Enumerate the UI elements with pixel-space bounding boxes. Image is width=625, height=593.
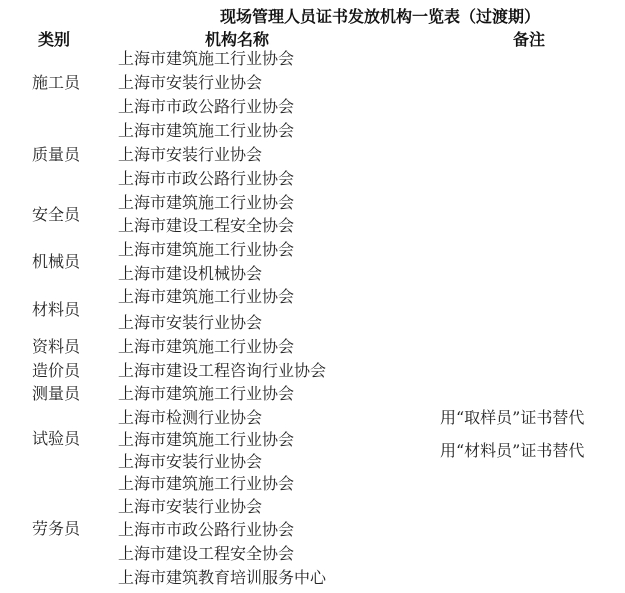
organization-name: 上海市建设机械协会 — [118, 264, 262, 284]
header-organization: 机构名称 — [205, 27, 269, 50]
category-label: 安全员 — [32, 205, 80, 225]
organization-name: 上海市建筑施工行业协会 — [118, 430, 294, 450]
category-label: 造价员 — [32, 361, 80, 381]
organization-name: 上海市建筑教育培训服务中心 — [118, 568, 326, 588]
category-label: 材料员 — [32, 300, 80, 320]
organization-name: 上海市建筑施工行业协会 — [118, 287, 294, 307]
category-label: 施工员 — [32, 73, 80, 93]
organization-name: 上海市市政公路行业协会 — [118, 97, 294, 117]
header-category: 类别 — [38, 27, 70, 50]
category-label: 劳务员 — [32, 519, 80, 539]
organization-name: 上海市市政公路行业协会 — [118, 520, 294, 540]
organization-name: 上海市建筑施工行业协会 — [118, 121, 294, 141]
category-label: 资料员 — [32, 337, 80, 357]
organization-name: 上海市建筑施工行业协会 — [118, 384, 294, 404]
organization-name: 上海市市政公路行业协会 — [118, 169, 294, 189]
organization-name: 上海市检测行业协会 — [118, 408, 262, 428]
organization-name: 上海市安装行业协会 — [118, 145, 262, 165]
category-label: 质量员 — [32, 145, 80, 165]
organization-name: 上海市建设工程安全协会 — [118, 544, 294, 564]
category-label: 试验员 — [32, 429, 80, 449]
page-title: 现场管理人员证书发放机构一览表（过渡期） — [220, 4, 540, 27]
organization-name: 上海市建筑施工行业协会 — [118, 193, 294, 213]
organization-name: 上海市建设工程安全协会 — [118, 216, 294, 236]
remark-text: 用“取样员”证书替代 — [440, 408, 584, 428]
organization-name: 上海市安装行业协会 — [118, 313, 262, 333]
remark-text: 用“材料员”证书替代 — [440, 441, 584, 461]
header-remarks: 备注 — [513, 27, 545, 50]
organization-name: 上海市安装行业协会 — [118, 497, 262, 517]
organization-name: 上海市建筑施工行业协会 — [118, 337, 294, 357]
organization-name: 上海市建设工程咨询行业协会 — [118, 361, 326, 381]
organization-name: 上海市建筑施工行业协会 — [118, 49, 294, 69]
organization-name: 上海市安装行业协会 — [118, 452, 262, 472]
organization-name: 上海市建筑施工行业协会 — [118, 474, 294, 494]
category-label: 机械员 — [32, 252, 80, 272]
organization-name: 上海市建筑施工行业协会 — [118, 240, 294, 260]
category-label: 测量员 — [32, 384, 80, 404]
organization-name: 上海市安装行业协会 — [118, 73, 262, 93]
